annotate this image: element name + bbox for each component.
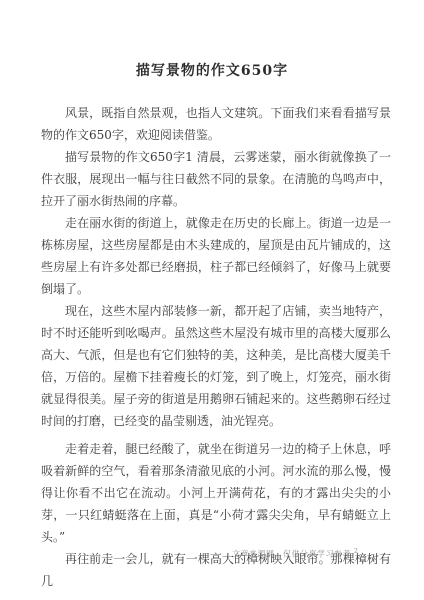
page-title: 描写景物的作文650字 xyxy=(0,0,424,81)
paragraph: 走着走着，腿已经酸了，就坐在街道另一边的椅子上休息，呼吸着新鲜的空气，看着那条清… xyxy=(41,438,391,548)
paragraph: 走在丽水街的街道上，就像走在历史的长廊上。街道一边是一栋栋房屋，这些房屋都是由木… xyxy=(41,212,391,300)
paragraph: 描写景物的作文650字1 清晨，云雾迷蒙，丽水街就像换了一件衣服，展现出一幅与往… xyxy=(41,146,391,212)
paragraph: 现在，这些木屋内部装修一新，都开起了店铺，卖当地特产，时不时还能听到吆喝声。虽然… xyxy=(41,300,391,432)
document-page: 描写景物的作文650字 风景，既指自然景观，也指人文建筑。下面我们来看看描写景物… xyxy=(0,0,424,600)
footnote-superscript: 2 xyxy=(354,548,358,555)
document-body: 风景，既指自然景观，也指人文建筑。下面我们来看看描写景物的作文650字，欢迎阅读… xyxy=(41,102,391,592)
paragraph: 风景，既指自然景观，也指人文建筑。下面我们来看看描写景物的作文650字，欢迎阅读… xyxy=(41,102,391,146)
footer-source-text: 文章来源网，仅供分享学习参考 xyxy=(232,550,351,559)
footer-source-note: 文章来源网，仅供分享学习参考2 xyxy=(232,546,358,561)
